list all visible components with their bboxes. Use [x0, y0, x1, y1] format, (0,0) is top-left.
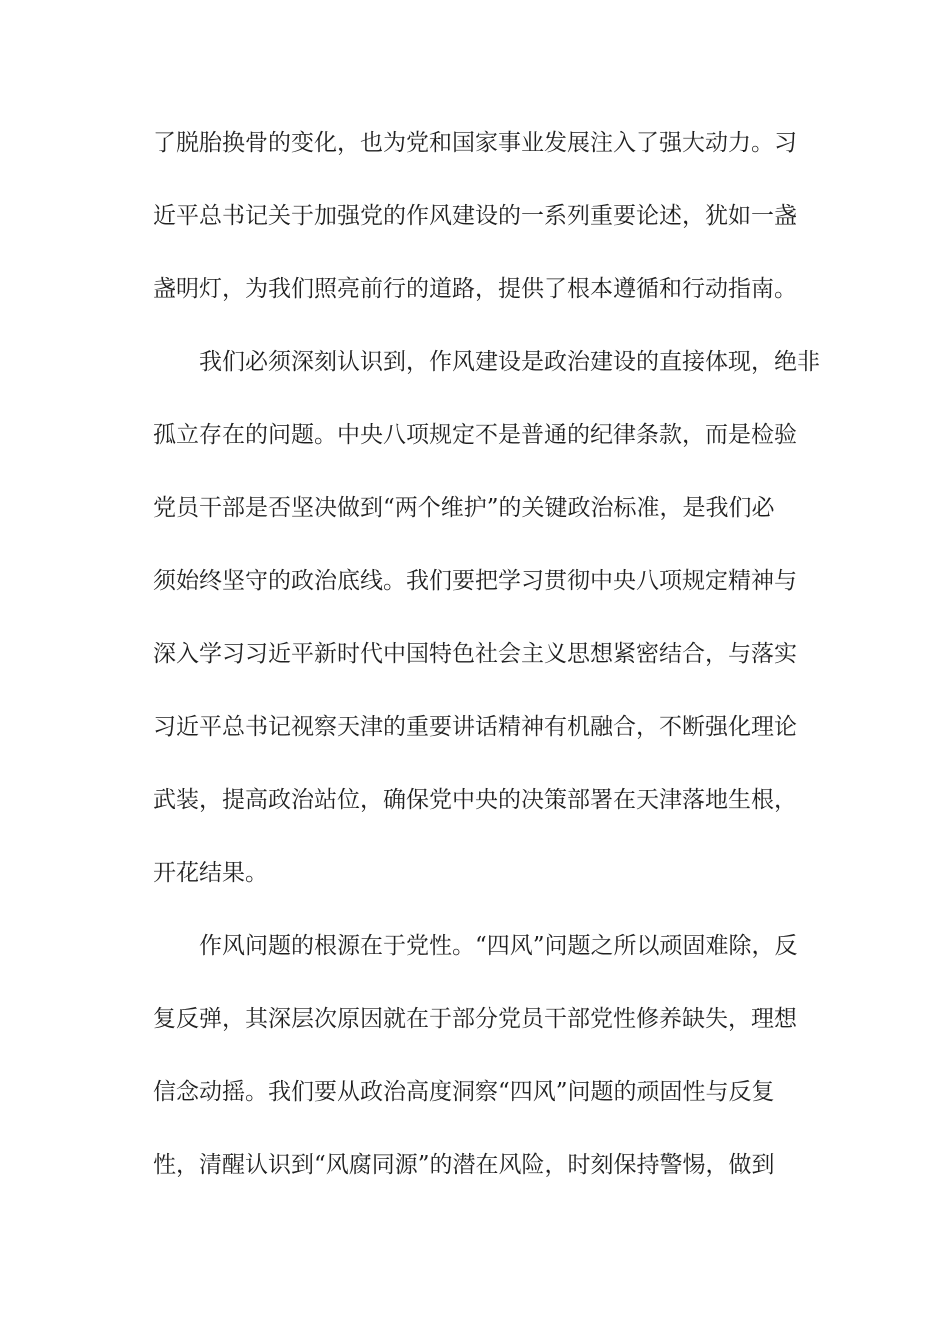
- text-line-9: 习近平总书记视察天津的重要讲话精神有机融合，不断强化理论: [153, 691, 813, 764]
- text-line-4: 我们必须深刻认识到，作风建设是政治建设的直接体现，绝非: [153, 326, 813, 399]
- text-line-10: 武装，提高政治站位，确保党中央的决策部署在天津落地生根，: [153, 764, 813, 837]
- text-line-5: 孤立存在的问题。中央八项规定不是普通的纪律条款，而是检验: [153, 399, 813, 472]
- text-line-14: 信念动摇。我们要从政治高度洞察“四风”问题的顽固性与反复: [153, 1056, 813, 1129]
- document-page: 了脱胎换骨的变化，也为党和国家事业发展注入了强大动力。习近平总书记关于加强党的作…: [0, 0, 950, 1344]
- document-text-body: 了脱胎换骨的变化，也为党和国家事业发展注入了强大动力。习近平总书记关于加强党的作…: [153, 107, 813, 1202]
- text-line-13: 复反弹，其深层次原因就在于部分党员干部党性修养缺失，理想: [153, 983, 813, 1056]
- text-line-12: 作风问题的根源在于党性。“四风”问题之所以顽固难除，反: [153, 910, 813, 983]
- text-line-1: 了脱胎换骨的变化，也为党和国家事业发展注入了强大动力。习: [153, 107, 813, 180]
- text-line-8: 深入学习习近平新时代中国特色社会主义思想紧密结合，与落实: [153, 618, 813, 691]
- text-line-2: 近平总书记关于加强党的作风建设的一系列重要论述，犹如一盏: [153, 180, 813, 253]
- text-line-3: 盏明灯，为我们照亮前行的道路，提供了根本遵循和行动指南。: [153, 253, 813, 326]
- text-line-6: 党员干部是否坚决做到“两个维护”的关键政治标准，是我们必: [153, 472, 813, 545]
- text-line-15: 性，清醒认识到“风腐同源”的潜在风险，时刻保持警惕，做到: [153, 1129, 813, 1202]
- text-line-7: 须始终坚守的政治底线。我们要把学习贯彻中央八项规定精神与: [153, 545, 813, 618]
- text-line-11: 开花结果。: [153, 837, 813, 910]
